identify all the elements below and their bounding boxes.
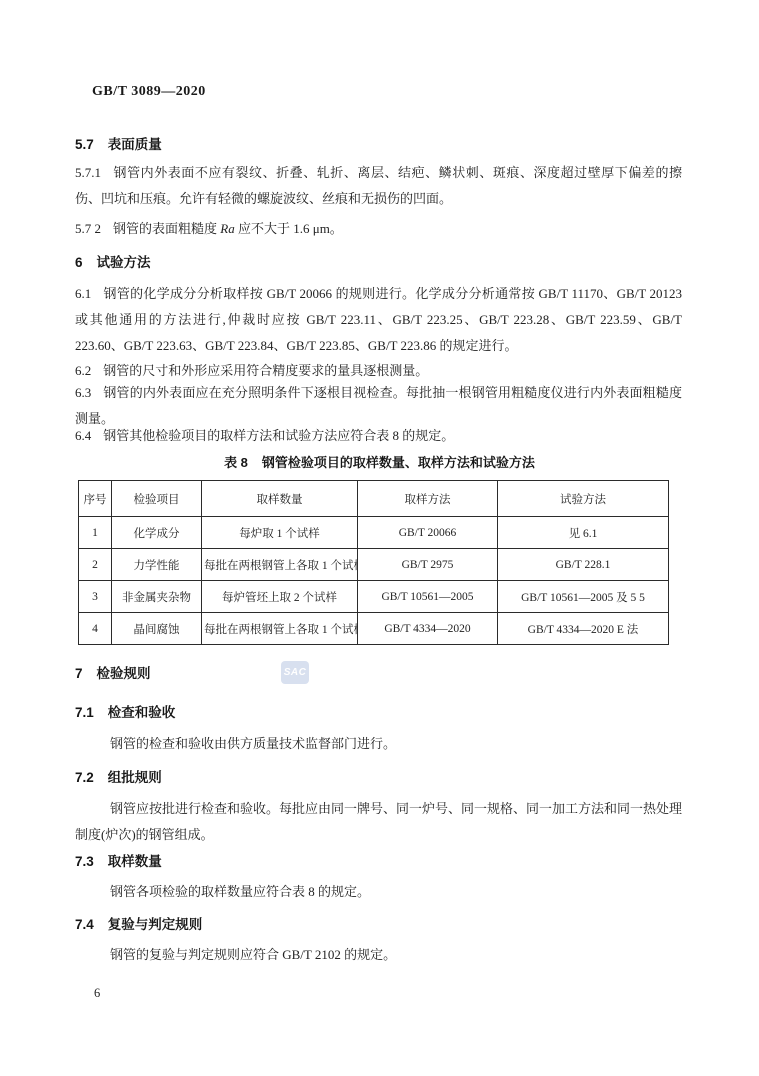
clause-number: 7 (75, 666, 83, 681)
clause-number: 7.4 (75, 917, 94, 932)
clause-7-2-text: 钢管应按批进行检查和验收。每批应由同一牌号、同一炉号、同一规格、同一加工方法和同… (75, 796, 682, 848)
clause-number: 6.1 (75, 286, 91, 301)
clause-text: 钢管应按批进行检查和验收。每批应由同一牌号、同一炉号、同一规格、同一加工方法和同… (75, 801, 682, 842)
clause-number: 7.2 (75, 770, 94, 785)
clause-text: 钢管的化学成分分析取样按 GB/T 20066 的规则进行。化学成分分析通常按 … (75, 286, 682, 353)
cell-test-method: GB/T 10561—2005 及 5 5 (498, 581, 669, 613)
clause-5-7-2: 5.7 2钢管的表面粗糙度 Ra 应不大于 1.6 μm。 (75, 216, 682, 242)
clause-7-1-text: 钢管的检查和验收由供方质量技术监督部门进行。 (75, 731, 682, 757)
clause-5-7-1: 5.7.1钢管内外表面不应有裂纹、折叠、轧折、离层、结疤、鳞状刺、斑痕、深度超过… (75, 160, 682, 212)
heading-title: 检验规则 (97, 666, 151, 681)
clause-6-4: 6.4钢管其他检验项目的取样方法和试验方法应符合表 8 的规定。 (75, 423, 682, 449)
document-page: GB/T 3089—2020 5.7表面质量 5.7.1钢管内外表面不应有裂纹、… (0, 0, 759, 1076)
clause-number: 6.2 (75, 363, 91, 378)
table-8-caption: 表 8钢管检验项目的取样数量、取样方法和试验方法 (0, 452, 759, 471)
heading-title: 取样数量 (108, 854, 162, 869)
column-header-sample-qty: 取样数量 (202, 481, 358, 517)
heading-title: 试验方法 (97, 255, 151, 270)
clause-number: 6 (75, 255, 83, 270)
cell-sample-method: GB/T 4334—2020 (358, 613, 498, 645)
clause-7-3-text: 钢管各项检验的取样数量应符合表 8 的规定。 (75, 879, 682, 905)
table-8: 序号 检验项目 取样数量 取样方法 试验方法 1 化学成分 每炉取 1 个试样 … (78, 480, 669, 645)
clause-text: 钢管的尺寸和外形应采用符合精度要求的量具逐根测量。 (103, 363, 428, 378)
table-row: 2 力学性能 每批在两根钢管上各取 1 个试样 GB/T 2975 GB/T 2… (79, 549, 669, 581)
clause-number: 5.7 (75, 137, 94, 152)
clause-7-4-text: 钢管的复验与判定规则应符合 GB/T 2102 的规定。 (75, 942, 682, 968)
cell-test-method: GB/T 228.1 (498, 549, 669, 581)
page-number: 6 (94, 986, 100, 1001)
heading-title: 组批规则 (108, 770, 162, 785)
clause-text: 钢管的复验与判定规则应符合 GB/T 2102 的规定。 (110, 947, 396, 962)
table-row: 3 非金属夹杂物 每炉管坯上取 2 个试样 GB/T 10561—2005 GB… (79, 581, 669, 613)
standard-number-header: GB/T 3089—2020 (92, 84, 206, 100)
table-title: 钢管检验项目的取样数量、取样方法和试验方法 (262, 455, 535, 470)
clause-text: 钢管各项检验的取样数量应符合表 8 的规定。 (110, 884, 370, 899)
heading-5-7: 5.7表面质量 (75, 137, 682, 152)
column-header-test-method: 试验方法 (498, 481, 669, 517)
column-header-index: 序号 (79, 481, 112, 517)
clause-text-post: 应不大于 1.6 μm。 (235, 221, 343, 236)
table-row: 1 化学成分 每炉取 1 个试样 GB/T 20066 见 6.1 (79, 517, 669, 549)
heading-title: 复验与判定规则 (108, 917, 203, 932)
cell-sample-method: GB/T 10561—2005 (358, 581, 498, 613)
heading-7: 7检验规则 (75, 666, 682, 681)
clause-number: 5.7 2 (75, 221, 101, 236)
heading-7-2: 7.2组批规则 (75, 770, 682, 785)
column-header-sample-method: 取样方法 (358, 481, 498, 517)
heading-title: 表面质量 (108, 137, 162, 152)
cell-test-method: 见 6.1 (498, 517, 669, 549)
clause-number: 7.3 (75, 854, 94, 869)
cell-sample-qty: 每炉管坯上取 2 个试样 (202, 581, 358, 613)
table-label: 表 8 (224, 455, 248, 470)
clause-text: 钢管的检查和验收由供方质量技术监督部门进行。 (110, 736, 396, 751)
heading-6: 6试验方法 (75, 255, 682, 270)
column-header-item: 检验项目 (112, 481, 202, 517)
cell-sample-method: GB/T 20066 (358, 517, 498, 549)
clause-number: 6.3 (75, 385, 91, 400)
clause-text-pre: 钢管的表面粗糙度 (113, 221, 220, 236)
clause-6-1: 6.1钢管的化学成分分析取样按 GB/T 20066 的规则进行。化学成分分析通… (75, 281, 682, 359)
clause-text: 钢管的内外表面应在充分照明条件下逐根目视检查。每批抽一根钢管用粗糙度仪进行内外表… (75, 385, 682, 426)
cell-test-method: GB/T 4334—2020 E 法 (498, 613, 669, 645)
heading-title: 检查和验收 (108, 705, 176, 720)
clause-text: 钢管内外表面不应有裂纹、折叠、轧折、离层、结疤、鳞状刺、斑痕、深度超过壁厚下偏差… (75, 165, 682, 206)
heading-7-4: 7.4复验与判定规则 (75, 917, 682, 932)
table-header-row: 序号 检验项目 取样数量 取样方法 试验方法 (79, 481, 669, 517)
cell-index: 1 (79, 517, 112, 549)
cell-index: 2 (79, 549, 112, 581)
cell-sample-qty: 每批在两根钢管上各取 1 个试样 (202, 613, 358, 645)
cell-index: 4 (79, 613, 112, 645)
clause-number: 5.7.1 (75, 165, 101, 180)
roughness-symbol: Ra (220, 221, 234, 236)
cell-sample-qty: 每批在两根钢管上各取 1 个试样 (202, 549, 358, 581)
clause-number: 6.4 (75, 428, 91, 443)
heading-7-1: 7.1检查和验收 (75, 705, 682, 720)
cell-item: 晶间腐蚀 (112, 613, 202, 645)
heading-7-3: 7.3取样数量 (75, 854, 682, 869)
cell-item: 非金属夹杂物 (112, 581, 202, 613)
clause-number: 7.1 (75, 705, 94, 720)
cell-item: 化学成分 (112, 517, 202, 549)
table-row: 4 晶间腐蚀 每批在两根钢管上各取 1 个试样 GB/T 4334—2020 G… (79, 613, 669, 645)
cell-sample-qty: 每炉取 1 个试样 (202, 517, 358, 549)
cell-sample-method: GB/T 2975 (358, 549, 498, 581)
clause-text: 钢管其他检验项目的取样方法和试验方法应符合表 8 的规定。 (103, 428, 454, 443)
cell-item: 力学性能 (112, 549, 202, 581)
cell-index: 3 (79, 581, 112, 613)
